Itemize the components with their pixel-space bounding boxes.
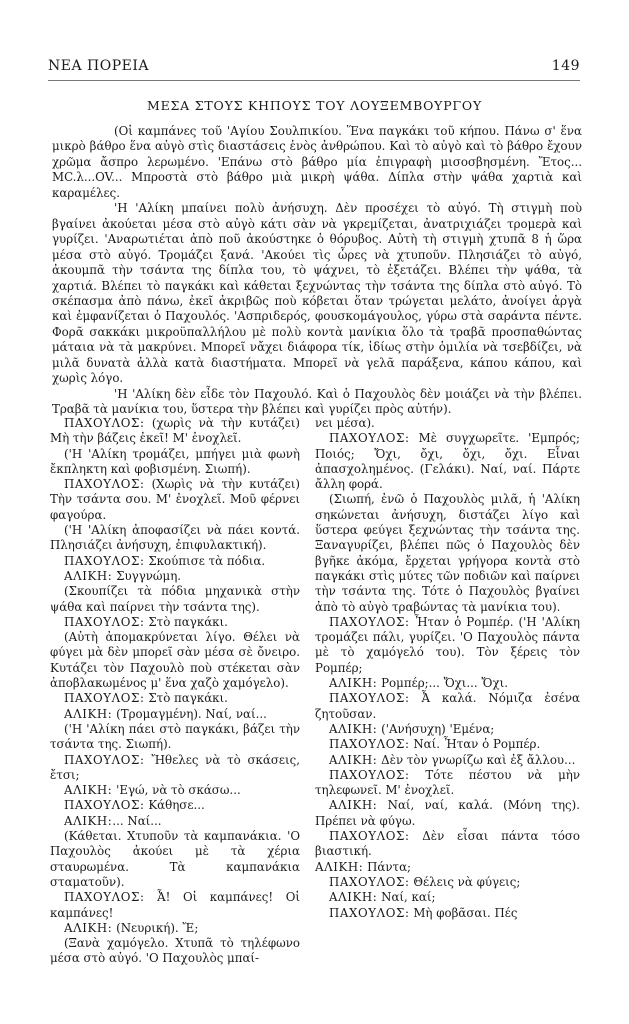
speaker-name: ΠΑΧΟΥΛΟΣ: (329, 829, 410, 843)
dialogue-text: ('Ανήσυχη) 'Εμένα; (377, 722, 494, 736)
dialogue-text: Στὸ παγκάκι. (145, 691, 228, 705)
dialogue-line: ΠΑΧΟΥΛΟΣ: Κάθησε... (50, 798, 300, 813)
speaker-name: ΠΑΧΟΥΛΟΣ: (329, 906, 410, 920)
dialogue-text: Ναί. Ἦταν ὁ Ρομπέρ. (410, 737, 541, 751)
running-header: ΝΕΑ ΠΟΡΕΙΑ 149 (48, 58, 580, 74)
header-rule (48, 80, 580, 81)
dialogue-line: (Σκουπίζει τὰ πόδια μηχανικὰ στὴν ψάθα κ… (50, 584, 300, 615)
dialogue-line: ΑΛΙΚΗ: Δὲν τὸν γνωρίζω καὶ ἐξ ἄλλου... (315, 753, 580, 768)
speaker-name: ΑΛΙΚΗ: (64, 921, 112, 935)
dialogue-text: 'Εγώ, νὰ τὸ σκάσω... (112, 783, 240, 797)
dialogue-line: ΠΑΧΟΥΛΟΣ: Ἆ καλά. Νόμιζα ἐσένα ζητοῦσαν. (315, 691, 580, 722)
speaker-name: ΠΑΧΟΥΛΟΣ: (64, 554, 145, 568)
speaker-name: ΠΑΧΟΥΛΟΣ: (64, 691, 145, 705)
speaker-name: ΠΑΧΟΥΛΟΣ: (64, 615, 145, 629)
dialogue-text: ('Η 'Αλίκη ἀποφασίζει νὰ πάει κοντά. Πλη… (50, 523, 300, 552)
dialogue-column-right: νει μέσα).ΠΑΧΟΥΛΟΣ: Μὲ συγχωρεῖτε. 'Εμπρ… (315, 416, 580, 921)
dialogue-text: (Ξανὰ χαμόγελο. Χτυπᾶ τὸ τηλέφωνο μέσα σ… (50, 936, 300, 965)
speaker-name: ΠΑΧΟΥΛΟΣ: (64, 798, 145, 812)
dialogue-line: ΑΛΙΚΗ: Συγγνώμη. (50, 569, 300, 584)
dialogue-line: ΑΛΙΚΗ: Ρομπέρ;... Ὄχι... Ὄχι. (315, 676, 580, 691)
dialogue-line: ΠΑΧΟΥΛΟΣ: Τότε πέστου νὰ μὴν τηλεφωνεῖ. … (315, 768, 580, 799)
dialogue-text: (Τρομαγμένη). Ναί, ναί... (112, 707, 267, 721)
stage-paragraph: 'Η 'Αλίκη μπαίνει πολὺ ἀνήσυχη. Δὲν προσ… (52, 201, 582, 386)
dialogue-text: Σκούπισε τὰ πόδια. (145, 554, 266, 568)
dialogue-text: (Σιωπή, ἐνῶ ὁ Παχουλὸς μιλᾶ, ἡ 'Αλίκη ση… (315, 492, 580, 613)
speaker-name: ΠΑΧΟΥΛΟΣ: (329, 737, 410, 751)
speaker-name: ΠΑΧΟΥΛΟΣ: (64, 477, 145, 491)
speaker-name: ΠΑΧΟΥΛΟΣ: (329, 615, 410, 629)
dialogue-line: ΠΑΧΟΥΛΟΣ: Ἤθελες νὰ τὸ σκάσεις, ἔτσι; (50, 753, 300, 784)
speaker-name: ΠΑΧΟΥΛΟΣ: (64, 890, 145, 904)
dialogue-text: Ρομπέρ;... Ὄχι... Ὄχι. (377, 676, 508, 690)
dialogue-line: ΠΑΧΟΥΛΟΣ: Δὲν εἶσαι πάντα τόσο βιαστική. (315, 829, 580, 860)
dialogue-line: ΠΑΧΟΥΛΟΣ: Μὴ φοβᾶσαι. Πές (315, 906, 580, 921)
dialogue-line: ΑΛΙΚΗ: (Νευρική). Ἔ; (50, 921, 300, 936)
dialogue-line: ΑΛΙΚΗ: ('Ανήσυχη) 'Εμένα; (315, 722, 580, 737)
dialogue-line: ΑΛΙΚΗ: (Τρομαγμένη). Ναί, ναί... (50, 707, 300, 722)
dialogue-line: ΠΑΧΟΥΛΟΣ: Ἆ! Οἱ καμπάνες! Οἱ καμπάνες! (50, 890, 300, 921)
dialogue-text: Θέλεις νὰ φύγεις; (410, 875, 521, 889)
dialogue-line: ΑΛΙΚΗ:... Ναί... (50, 814, 300, 829)
dialogue-line: (Κάθεται. Χτυποῦν τὰ καμπανάκια. 'Ο Παχο… (50, 829, 300, 890)
speaker-name: ΑΛΙΚΗ: (329, 798, 377, 812)
dialogue-line: ΑΛΙΚΗ: Ναί, καί; (315, 890, 580, 905)
speaker-name: ΑΛΙΚΗ: (329, 753, 377, 767)
dialogue-line: ΠΑΧΟΥΛΟΣ: Στὸ παγκάκι. (50, 615, 300, 630)
dialogue-text: (Κάθεται. Χτυποῦν τὰ καμπανάκια. 'Ο Παχο… (50, 829, 300, 889)
dialogue-text: Πάντα; (363, 860, 411, 874)
speaker-name: ΠΑΧΟΥΛΟΣ: (329, 768, 410, 782)
dialogue-line: ΑΛΙΚΗ: Ναί, ναί, καλά. (Μόνη της). Πρέπε… (315, 798, 580, 829)
stage-paragraph: 'Η 'Αλίκη δὲν εἶδε τὸν Παχουλό. Καὶ ὁ Πα… (52, 387, 582, 418)
dialogue-text: Δὲν τὸν γνωρίζω καὶ ἐξ ἄλλου... (377, 753, 575, 767)
speaker-name: ΠΑΧΟΥΛΟΣ: (64, 416, 145, 430)
speaker-name: ΑΛΙΚΗ: (315, 860, 363, 874)
speaker-name: ΠΑΧΟΥΛΟΣ: (329, 691, 410, 705)
speaker-name: ΠΑΧΟΥΛΟΣ: (64, 753, 145, 767)
speaker-name: ΑΛΙΚΗ: (329, 722, 377, 736)
dialogue-line: ('Η 'Αλίκη ἀποφασίζει νὰ πάει κοντά. Πλη… (50, 523, 300, 554)
dialogue-text: Στὸ παγκάκι. (145, 615, 228, 629)
dialogue-text: Μὴ φοβᾶσαι. Πές (410, 906, 518, 920)
dialogue-line: νει μέσα). (315, 416, 580, 431)
dialogue-line: ΠΑΧΟΥΛΟΣ: Σκούπισε τὰ πόδια. (50, 554, 300, 569)
speaker-name: ΑΛΙΚΗ: (64, 783, 112, 797)
dialogue-line: (Αὐτὴ ἀπομακρύνεται λίγο. Θέλει νὰ φύγει… (50, 630, 300, 691)
speaker-name: ΑΛΙΚΗ: (329, 890, 377, 904)
dialogue-text: Ναί, καί; (377, 890, 435, 904)
speaker-name: ΑΛΙΚΗ: (64, 814, 112, 828)
speaker-name: ΑΛΙΚΗ: (329, 676, 377, 690)
dialogue-line: ΠΑΧΟΥΛΟΣ: Στὸ παγκάκι. (50, 691, 300, 706)
opening-stage-directions: (Οἱ καμπάνες τοῦ 'Αγίου Σουλπικίου. Ἕνα … (52, 124, 582, 418)
dialogue-text: Συγγνώμη. (112, 569, 181, 583)
dialogue-line: ΠΑΧΟΥΛΟΣ: (χωρὶς νὰ τὴν κυτάζει) Μὴ τὴν … (50, 416, 300, 447)
dialogue-text: νει μέσα). (315, 416, 375, 430)
dialogue-text: (Αὐτὴ ἀπομακρύνεται λίγο. Θέλει νὰ φύγει… (50, 630, 300, 690)
speaker-name: ΠΑΧΟΥΛΟΣ: (329, 875, 410, 889)
dialogue-text: (Σκουπίζει τὰ πόδια μηχανικὰ στὴν ψάθα κ… (50, 584, 300, 613)
speaker-name: ΠΑΧΟΥΛΟΣ: (329, 431, 410, 445)
dialogue-line: ΑΛΙΚΗ: 'Εγώ, νὰ τὸ σκάσω... (50, 783, 300, 798)
play-title: ΜΕΣΑ ΣΤΟΥΣ ΚΗΠΟΥΣ ΤΟΥ ΛΟΥΞΕΜΒΟΥΡΓΟΥ (0, 98, 629, 113)
dialogue-line: ΠΑΧΟΥΛΟΣ: (Χωρὶς νὰ τὴν κυτάζει) Τὴν τσά… (50, 477, 300, 523)
journal-title: ΝΕΑ ΠΟΡΕΙΑ (48, 58, 149, 74)
dialogue-text: ... Ναί... (112, 814, 161, 828)
dialogue-line: ('Η 'Αλίκη πάει στὸ παγκάκι, βάζει τὴν τ… (50, 722, 300, 753)
page-number: 149 (552, 58, 580, 74)
dialogue-line: ΠΑΧΟΥΛΟΣ: Ἦταν ὁ Ρομπέρ. ('Η 'Αλίκη τρομ… (315, 615, 580, 676)
dialogue-line: ('Η 'Αλίκη τρομάζει, μπήγει μιὰ φωνὴ ἔκπ… (50, 447, 300, 478)
stage-paragraph: (Οἱ καμπάνες τοῦ 'Αγίου Σουλπικίου. Ἕνα … (52, 124, 582, 201)
dialogue-line: ΠΑΧΟΥΛΟΣ: Θέλεις νὰ φύγεις; (315, 875, 580, 890)
dialogue-text: Κάθησε... (145, 798, 205, 812)
dialogue-text: (Νευρική). Ἔ; (112, 921, 198, 935)
dialogue-line: (Σιωπή, ἐνῶ ὁ Παχουλὸς μιλᾶ, ἡ 'Αλίκη ση… (315, 492, 580, 614)
speaker-name: ΑΛΙΚΗ: (64, 707, 112, 721)
dialogue-text: ('Η 'Αλίκη τρομάζει, μπήγει μιὰ φωνὴ ἔκπ… (50, 447, 300, 476)
dialogue-line: ΠΑΧΟΥΛΟΣ: Ναί. Ἦταν ὁ Ρομπέρ. (315, 737, 580, 752)
dialogue-line: (Ξανὰ χαμόγελο. Χτυπᾶ τὸ τηλέφωνο μέσα σ… (50, 936, 300, 967)
dialogue-line: ΑΛΙΚΗ: Πάντα; (315, 860, 580, 875)
dialogue-line: ΠΑΧΟΥΛΟΣ: Μὲ συγχωρεῖτε. 'Εμπρός; Ποιός;… (315, 431, 580, 492)
dialogue-text: ('Η 'Αλίκη πάει στὸ παγκάκι, βάζει τὴν τ… (50, 722, 300, 751)
dialogue-column-left: ΠΑΧΟΥΛΟΣ: (χωρὶς νὰ τὴν κυτάζει) Μὴ τὴν … (50, 416, 300, 967)
speaker-name: ΑΛΙΚΗ: (64, 569, 112, 583)
